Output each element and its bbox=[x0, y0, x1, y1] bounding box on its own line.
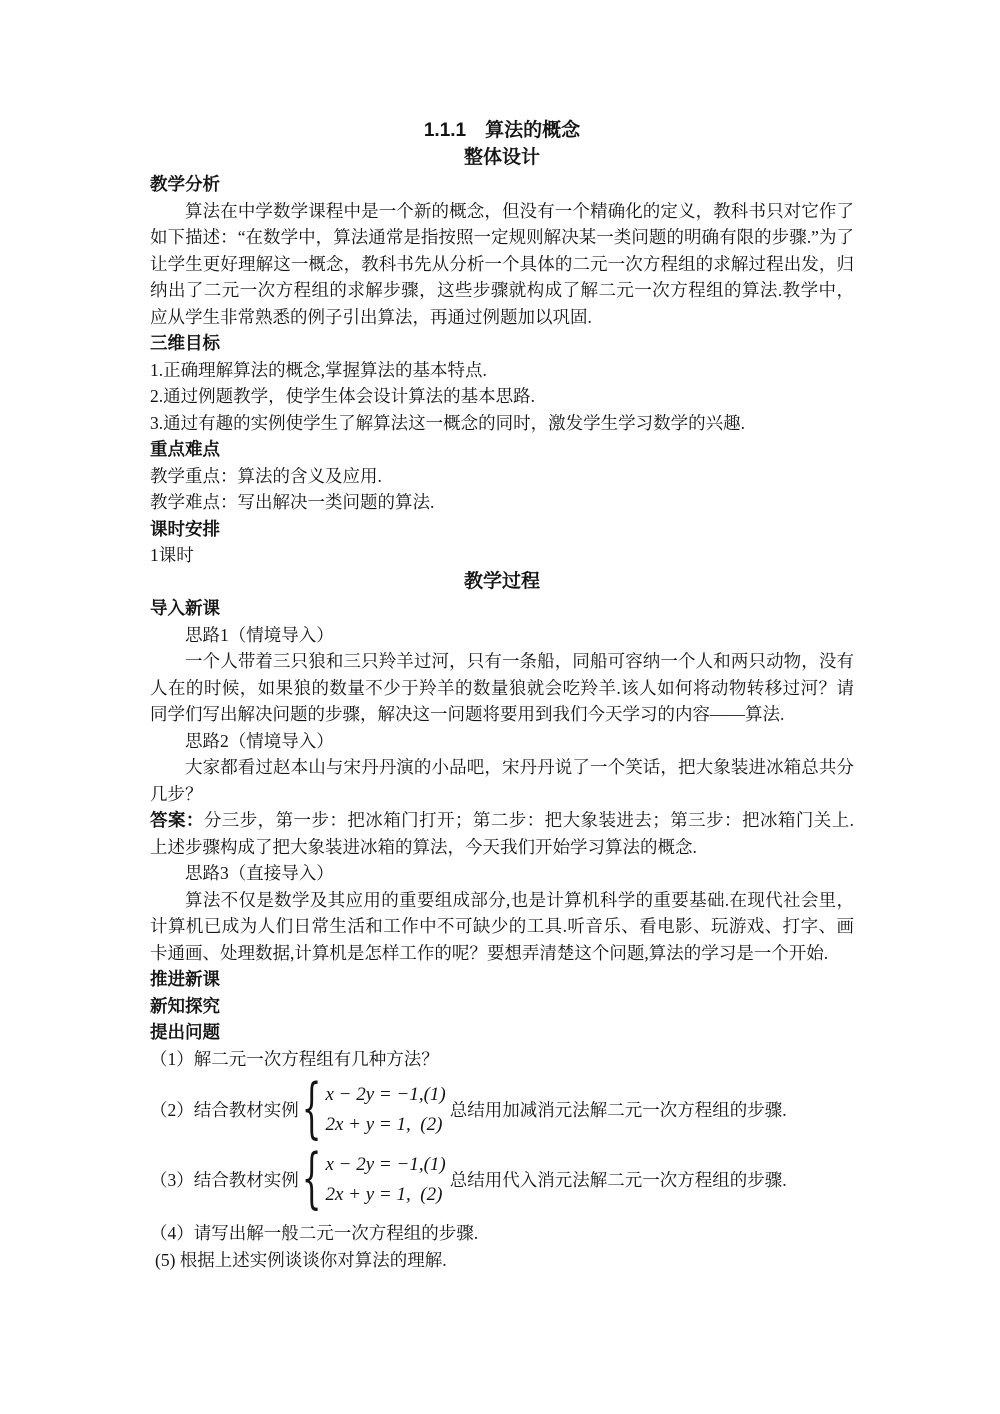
document-page: 1.1.1 算法的概念 整体设计 教学分析 算法在中学数学课程中是一个新的概念，… bbox=[0, 0, 1000, 1414]
question-2: （2）结合教材实例 { x − 2y = −1,(1) 2x + y = 1, … bbox=[150, 1080, 854, 1140]
question-3-suffix: 总结用代入消元法解二元一次方程组的步骤. bbox=[450, 1167, 787, 1194]
heading-analysis: 教学分析 bbox=[150, 171, 854, 198]
key-point-focus: 教学重点：算法的含义及应用. bbox=[150, 463, 854, 490]
heading-schedule: 课时安排 bbox=[150, 516, 854, 543]
equation-system: { x − 2y = −1,(1) 2x + y = 1, (2) bbox=[302, 1080, 446, 1140]
question-3-prefix: （3）结合教材实例 bbox=[150, 1167, 299, 1194]
question-3: （3）结合教材实例 { x − 2y = −1,(1) 2x + y = 1, … bbox=[150, 1150, 854, 1210]
idea3-paragraph: 算法不仅是数学及其应用的重要组成部分,也是计算机科学的重要基础.在现代社会里，计… bbox=[150, 887, 854, 967]
left-brace: { bbox=[302, 1147, 322, 1212]
idea1-paragraph: 一个人带着三只狼和三只羚羊过河，只有一条船，同船可容纳一个人和两只动物，没有人在… bbox=[150, 648, 854, 728]
heading-explore: 新知探究 bbox=[150, 993, 854, 1020]
question-5: (5) 根据上述实例谈谈你对算法的理解. bbox=[150, 1247, 854, 1274]
page-title: 1.1.1 算法的概念 bbox=[150, 118, 854, 145]
goal-item-2: 2.通过例题教学，使学生体会设计算法的基本思路. bbox=[150, 383, 854, 410]
equation-line-1: x − 2y = −1,(1) bbox=[325, 1150, 445, 1180]
equation-system: { x − 2y = −1,(1) 2x + y = 1, (2) bbox=[302, 1150, 446, 1210]
question-2-prefix: （2）结合教材实例 bbox=[150, 1097, 299, 1124]
left-brace: { bbox=[302, 1077, 322, 1142]
answer-paragraph: 答案：分三步，第一步：把冰箱门打开；第二步：把大象装进去；第三步：把冰箱门关上.… bbox=[150, 807, 854, 860]
key-point-difficulty: 教学难点：写出解决一类问题的算法. bbox=[150, 489, 854, 516]
goal-item-3: 3.通过有趣的实例使学生了解算法这一概念的同时，激发学生学习数学的兴趣. bbox=[150, 410, 854, 437]
idea3-label: 思路3（直接导入） bbox=[150, 860, 854, 887]
heading-process: 教学过程 bbox=[150, 569, 854, 596]
analysis-paragraph: 算法在中学数学课程中是一个新的概念，但没有一个精确化的定义，教科书只对它作了如下… bbox=[150, 198, 854, 331]
equation-column: x − 2y = −1,(1) 2x + y = 1, (2) bbox=[322, 1080, 445, 1140]
equation-line-1: x − 2y = −1,(1) bbox=[325, 1080, 445, 1110]
equation-line-2: 2x + y = 1, (2) bbox=[325, 1110, 445, 1140]
answer-text: 分三步，第一步：把冰箱门打开；第二步：把大象装进去；第三步：把冰箱门关上.上述步… bbox=[150, 810, 854, 857]
question-1: （1）解二元一次方程组有几种方法？ bbox=[150, 1046, 854, 1073]
heading-advance: 推进新课 bbox=[150, 966, 854, 993]
equation-column: x − 2y = −1,(1) 2x + y = 1, (2) bbox=[322, 1150, 445, 1210]
idea1-label: 思路1（情境导入） bbox=[150, 622, 854, 649]
schedule-text: 1课时 bbox=[150, 542, 854, 569]
heading-key-points: 重点难点 bbox=[150, 436, 854, 463]
equation-line-2: 2x + y = 1, (2) bbox=[325, 1180, 445, 1210]
heading-questions: 提出问题 bbox=[150, 1019, 854, 1046]
heading-intro: 导入新课 bbox=[150, 595, 854, 622]
page-subtitle: 整体设计 bbox=[150, 145, 854, 172]
idea2-paragraph: 大家都看过赵本山与宋丹丹演的小品吧，宋丹丹说了一个笑话，把大象装进冰箱总共分几步… bbox=[150, 754, 854, 807]
question-4: （4）请写出解一般二元一次方程组的步骤. bbox=[150, 1220, 854, 1247]
question-2-suffix: 总结用加减消元法解二元一次方程组的步骤. bbox=[450, 1097, 787, 1124]
goal-item-1: 1.正确理解算法的概念,掌握算法的基本特点. bbox=[150, 357, 854, 384]
idea2-label: 思路2（情境导入） bbox=[150, 728, 854, 755]
answer-label: 答案： bbox=[150, 810, 204, 830]
heading-goals: 三维目标 bbox=[150, 330, 854, 357]
